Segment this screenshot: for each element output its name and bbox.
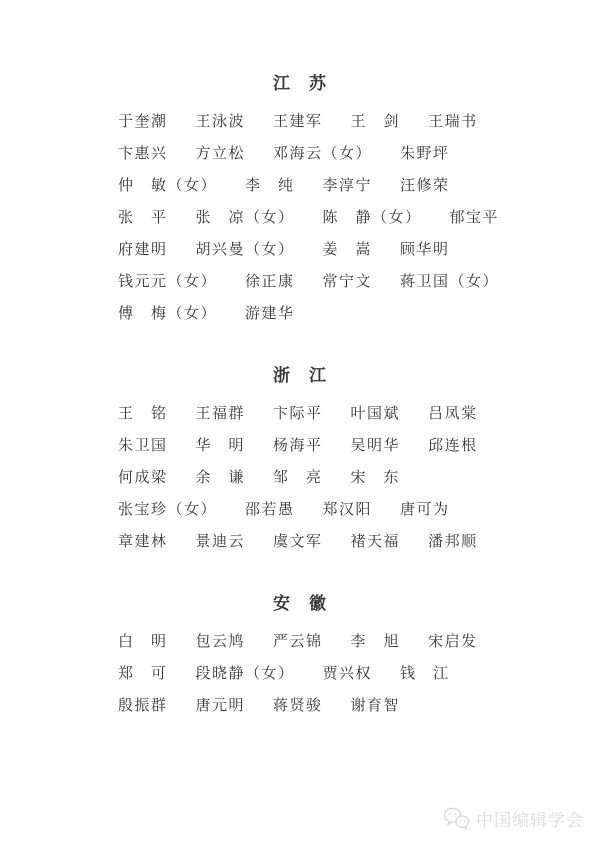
person-name: 唐元明	[196, 694, 246, 715]
person-name: 陈 静（女）	[323, 206, 422, 227]
person-name: 宋 东	[351, 466, 401, 487]
person-name: 郁宝平	[450, 206, 500, 227]
person-name: 李 旭	[351, 630, 401, 651]
person-name: 于奎潮	[118, 110, 168, 131]
section-title: 浙 江	[0, 366, 600, 386]
person-name: 殷振群	[118, 694, 168, 715]
person-name: 王 剑	[351, 110, 401, 131]
person-name: 邹 亮	[273, 466, 323, 487]
document-page: 江 苏于奎潮王泳波王建军王 剑王瑞书卞惠兴方立松邓海云（女）朱野坪仲 敏（女）李…	[0, 0, 600, 720]
person-name: 白 明	[118, 630, 168, 651]
person-name: 汪修荣	[400, 174, 450, 195]
name-row: 张 平张 凉（女）陈 静（女）郁宝平	[0, 200, 600, 232]
person-name: 王建军	[273, 110, 323, 131]
person-name: 章建林	[118, 530, 168, 551]
person-name: 傅 梅（女）	[118, 302, 217, 323]
person-name: 包云鸠	[196, 630, 246, 651]
person-name: 卞惠兴	[118, 142, 168, 163]
name-row: 张宝珍（女）邵若愚郑汉阳唐可为	[0, 492, 600, 524]
name-row: 章建林景迪云虞文军褚天福潘邦顺	[0, 524, 600, 556]
person-name: 卞际平	[273, 402, 323, 423]
person-name: 钱元元（女）	[118, 270, 217, 291]
person-name: 杨海平	[273, 434, 323, 455]
person-name: 邵若愚	[245, 498, 295, 519]
name-row: 仲 敏（女）李 纯李淳宁汪修荣	[0, 168, 600, 200]
person-name: 张 平	[118, 206, 168, 227]
section-zhejiang: 浙 江王 铭王福群卞际平叶国斌吕凤棠朱卫国华 明杨海平吴明华邱连根何成梁余 谦邹…	[0, 366, 600, 556]
person-name: 宋启发	[428, 630, 478, 651]
name-row: 王 铭王福群卞际平叶国斌吕凤棠	[0, 396, 600, 428]
person-name: 邱连根	[428, 434, 478, 455]
person-name: 贾兴权	[323, 662, 373, 683]
person-name: 仲 敏（女）	[118, 174, 217, 195]
name-row: 钱元元（女）徐正康常宁文蒋卫国（女）	[0, 264, 600, 296]
wechat-icon	[443, 807, 470, 831]
person-name: 郑汉阳	[323, 498, 373, 519]
person-name: 潘邦顺	[428, 530, 478, 551]
person-name: 余 谦	[196, 466, 246, 487]
person-name: 谢育智	[351, 694, 401, 715]
person-name: 蒋贤骏	[273, 694, 323, 715]
person-name: 徐正康	[245, 270, 295, 291]
person-name: 李 纯	[245, 174, 295, 195]
person-name: 李淳宁	[323, 174, 373, 195]
sections-container: 江 苏于奎潮王泳波王建军王 剑王瑞书卞惠兴方立松邓海云（女）朱野坪仲 敏（女）李…	[0, 74, 600, 720]
person-name: 吕凤棠	[428, 402, 478, 423]
person-name: 王 铭	[118, 402, 168, 423]
person-name: 张宝珍（女）	[118, 498, 217, 519]
person-name: 王瑞书	[428, 110, 478, 131]
person-name: 常宁文	[323, 270, 373, 291]
person-name: 郑 可	[118, 662, 168, 683]
watermark-text: 中国编辑学会	[476, 806, 584, 831]
person-name: 张 凉（女）	[196, 206, 295, 227]
person-name: 朱卫国	[118, 434, 168, 455]
person-name: 王泳波	[196, 110, 246, 131]
section-title: 江 苏	[0, 74, 600, 94]
person-name: 虞文军	[273, 530, 323, 551]
section-title: 安 徽	[0, 594, 600, 614]
person-name: 姜 嵩	[323, 238, 373, 259]
name-row: 殷振群唐元明蒋贤骏谢育智	[0, 688, 600, 720]
person-name: 褚天福	[351, 530, 401, 551]
person-name: 何成梁	[118, 466, 168, 487]
person-name: 邓海云（女）	[273, 142, 372, 163]
person-name: 游建华	[245, 302, 295, 323]
section-jiangsu: 江 苏于奎潮王泳波王建军王 剑王瑞书卞惠兴方立松邓海云（女）朱野坪仲 敏（女）李…	[0, 74, 600, 328]
name-row: 朱卫国华 明杨海平吴明华邱连根	[0, 428, 600, 460]
name-row: 郑 可段晓静（女）贾兴权钱 江	[0, 656, 600, 688]
person-name: 唐可为	[400, 498, 450, 519]
person-name: 吴明华	[351, 434, 401, 455]
person-name: 方立松	[196, 142, 246, 163]
person-name: 朱野坪	[400, 142, 450, 163]
name-row: 卞惠兴方立松邓海云（女）朱野坪	[0, 136, 600, 168]
person-name: 景迪云	[196, 530, 246, 551]
person-name: 严云锦	[273, 630, 323, 651]
person-name: 顾华明	[400, 238, 450, 259]
person-name: 钱 江	[400, 662, 450, 683]
person-name: 府建明	[118, 238, 168, 259]
section-anhui: 安 徽白 明包云鸠严云锦李 旭宋启发郑 可段晓静（女）贾兴权钱 江殷振群唐元明蒋…	[0, 594, 600, 720]
person-name: 段晓静（女）	[196, 662, 295, 683]
person-name: 胡兴曼（女）	[196, 238, 295, 259]
name-row: 于奎潮王泳波王建军王 剑王瑞书	[0, 104, 600, 136]
name-row: 何成梁余 谦邹 亮宋 东	[0, 460, 600, 492]
name-row: 府建明胡兴曼（女）姜 嵩顾华明	[0, 232, 600, 264]
person-name: 蒋卫国（女）	[400, 270, 499, 291]
person-name: 华 明	[196, 434, 246, 455]
watermark: 中国编辑学会	[443, 806, 584, 831]
name-row: 白 明包云鸠严云锦李 旭宋启发	[0, 624, 600, 656]
name-row: 傅 梅（女）游建华	[0, 296, 600, 328]
person-name: 王福群	[196, 402, 246, 423]
person-name: 叶国斌	[351, 402, 401, 423]
